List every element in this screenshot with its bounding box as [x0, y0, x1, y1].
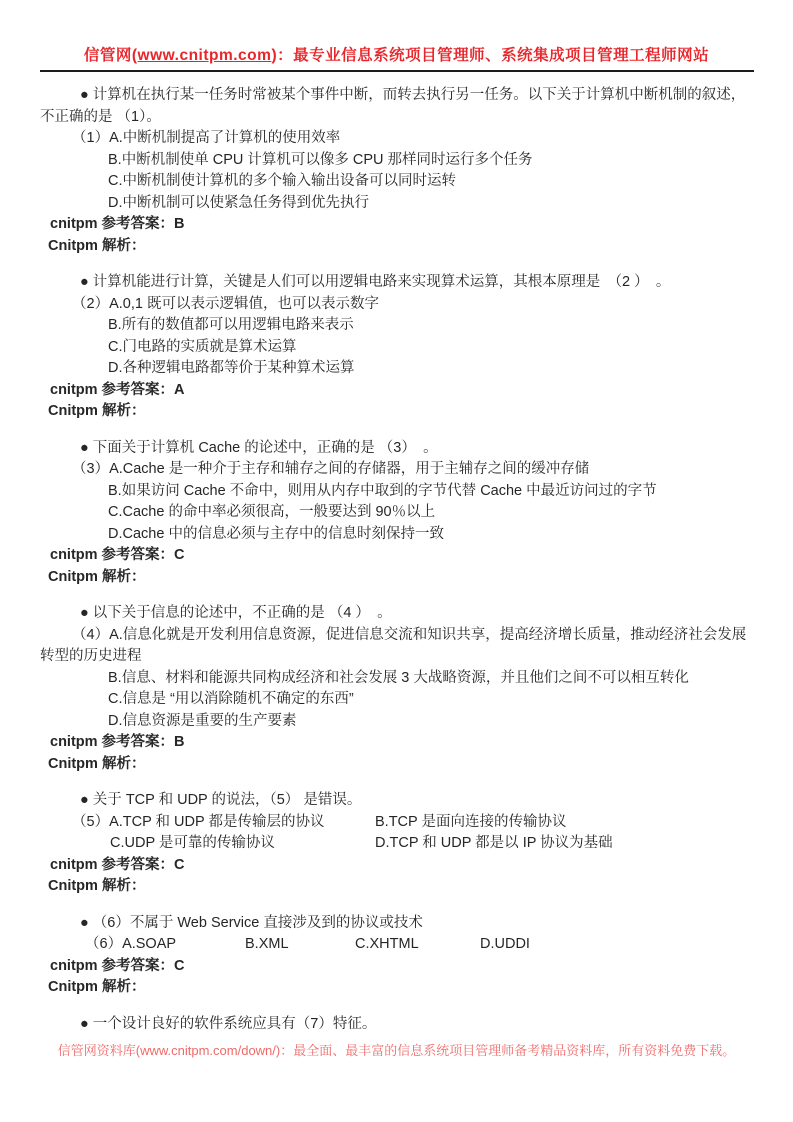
option-line: D.中断机制可以使紧急任务得到优先执行: [40, 193, 755, 215]
header-divider: [40, 70, 754, 72]
question-stem: ● 关于 TCP 和 UDP 的说法，（5） 是错误。: [40, 790, 755, 812]
option-line-first: （4）A.信息化就是开发利用信息资源，促进信息交流和知识共享，提高经济增长质量，…: [40, 625, 755, 668]
analysis-line: Cnitpm 解析：: [40, 977, 755, 999]
footer-label: 信管网资料库(: [58, 1043, 140, 1058]
option-line: B.信息、材料和能源共同构成经济和社会发展 3 大战略资源，并且他们之间不可以相…: [40, 668, 755, 690]
answer-line: cnitpm 参考答案：C: [40, 855, 755, 877]
document-page: 信管网(www.cnitpm.com)：最专业信息系统项目管理师、系统集成项目管…: [0, 0, 793, 1122]
option-line-first: （1）A.中断机制提高了计算机的使用效率: [40, 128, 755, 150]
option-cell: D.TCP 和 UDP 都是以 IP 协议为基础: [375, 833, 613, 855]
option-line: D.Cache 中的信息必须与主存中的信息时刻保持一致: [40, 524, 755, 546]
option-cell: （6）A.SOAP: [85, 934, 245, 956]
footer-tagline: )：最全面、最丰富的信息系统项目管理师备考精品资料库，所有资料免费下载。: [276, 1043, 735, 1058]
answer-line: cnitpm 参考答案：B: [40, 732, 755, 754]
option-line: B.如果访问 Cache 不命中，则用从内存中取到的字节代替 Cache 中最近…: [40, 481, 755, 503]
page-header: 信管网(www.cnitpm.com)：最专业信息系统项目管理师、系统集成项目管…: [0, 0, 793, 66]
option-cell: D.UDDI: [480, 934, 530, 956]
question-stem: ● 计算机在执行某一任务时常被某个事件中断，而转去执行另一任务。以下关于计算机中…: [40, 85, 755, 128]
options-row: （6）A.SOAPB.XMLC.XHTMLD.UDDI: [40, 934, 755, 956]
answer-line: cnitpm 参考答案：C: [40, 956, 755, 978]
analysis-line: Cnitpm 解析：: [40, 401, 755, 423]
option-cell: （5）A.TCP 和 UDP 都是传输层的协议: [72, 812, 375, 834]
header-tagline: )：最专业信息系统项目管理师、系统集成项目管理工程师网站: [271, 47, 709, 64]
answer-line: cnitpm 参考答案：C: [40, 545, 755, 567]
option-line: B.中断机制使单 CPU 计算机可以像多 CPU 那样同时运行多个任务: [40, 150, 755, 172]
question-stem: ● 下面关于计算机 Cache 的论述中，正确的是 （3） 。: [40, 438, 755, 460]
exam-content: ● 计算机在执行某一任务时常被某个事件中断，而转去执行另一任务。以下关于计算机中…: [0, 85, 793, 1035]
option-line: D.各种逻辑电路都等价于某种算术运算: [40, 358, 755, 380]
option-line: B.所有的数值都可以用逻辑电路来表示: [40, 315, 755, 337]
header-site-link[interactable]: www.cnitpm.com: [138, 47, 272, 64]
option-line: C.门电路的实质就是算术运算: [40, 337, 755, 359]
option-line: C.中断机制使计算机的多个输入输出设备可以同时运转: [40, 171, 755, 193]
option-line: D.信息资源是重要的生产要素: [40, 711, 755, 733]
option-cell: C.UDP 是可靠的传输协议: [110, 833, 375, 855]
analysis-line: Cnitpm 解析：: [40, 876, 755, 898]
option-cell: B.TCP 是面向连接的传输协议: [375, 812, 566, 834]
options-row: C.UDP 是可靠的传输协议D.TCP 和 UDP 都是以 IP 协议为基础: [40, 833, 755, 855]
answer-line: cnitpm 参考答案：A: [40, 380, 755, 402]
option-line-first: （3）A.Cache 是一种介于主存和辅存之间的存储器，用于主辅存之间的缓冲存储: [40, 459, 755, 481]
analysis-line: Cnitpm 解析：: [40, 754, 755, 776]
analysis-line: Cnitpm 解析：: [40, 236, 755, 258]
analysis-line: Cnitpm 解析：: [40, 567, 755, 589]
option-line: C.信息是 “用以消除随机不确定的东西”: [40, 689, 755, 711]
page-footer: 信管网资料库(www.cnitpm.com/down/)：最全面、最丰富的信息系…: [0, 1042, 793, 1060]
header-site-name: 信管网(: [84, 47, 138, 64]
answer-line: cnitpm 参考答案：B: [40, 214, 755, 236]
question-stem: ● 以下关于信息的论述中，不正确的是 （4 ） 。: [40, 603, 755, 625]
footer-link[interactable]: www.cnitpm.com/down/: [140, 1043, 276, 1058]
option-line-first: （2）A.0,1 既可以表示逻辑值，也可以表示数字: [40, 294, 755, 316]
options-row: （5）A.TCP 和 UDP 都是传输层的协议B.TCP 是面向连接的传输协议: [40, 812, 755, 834]
option-line: C.Cache 的命中率必须很高，一般要达到 90％以上: [40, 502, 755, 524]
question-stem: ● 一个设计良好的软件系统应具有（7）特征。: [40, 1014, 755, 1036]
option-cell: B.XML: [245, 934, 355, 956]
question-stem: ● （6）不属于 Web Service 直接涉及到的协议或技术: [40, 913, 755, 935]
question-stem: ● 计算机能进行计算，关键是人们可以用逻辑电路来实现算术运算，其根本原理是 （2…: [40, 272, 755, 294]
option-cell: C.XHTML: [355, 934, 480, 956]
